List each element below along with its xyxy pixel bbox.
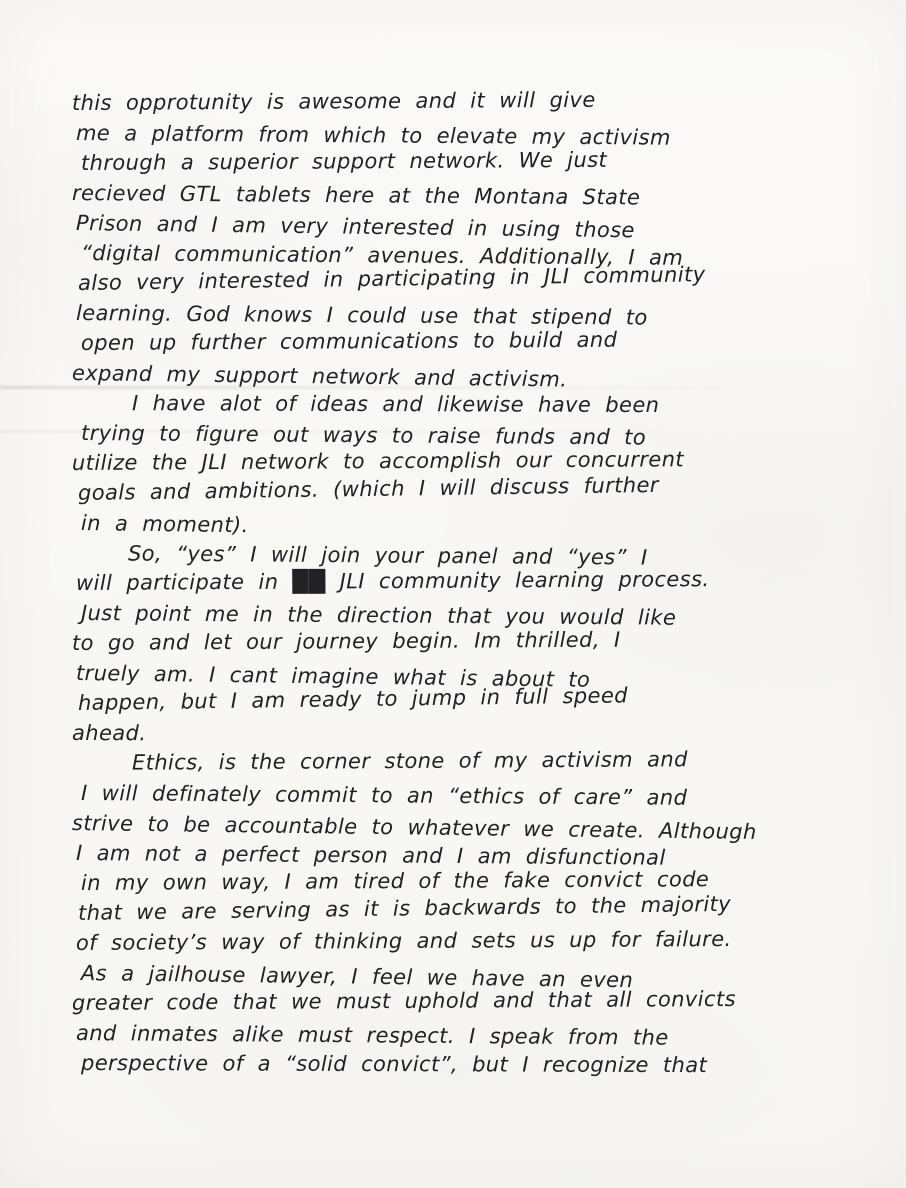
- handwritten-line: this opprotunity is awesome and it will …: [72, 83, 866, 118]
- handwriting-block: this opprotunity is awesome and it will …: [76, 88, 866, 1078]
- handwritten-line: to go and let our journey begin. Im thri…: [72, 623, 866, 658]
- handwritten-line: of society’s way of thinking and sets us…: [76, 923, 866, 958]
- handwritten-line: open up further communications to build …: [81, 323, 866, 358]
- scanned-letter-page: this opprotunity is awesome and it will …: [0, 0, 906, 1188]
- handwritten-line: I have alot of ideas and likewise have b…: [76, 388, 866, 421]
- handwritten-line: Ethics, is the corner stone of my activi…: [76, 743, 866, 778]
- handwritten-line: greater code that we must uphold and tha…: [72, 983, 866, 1018]
- handwritten-line: perspective of a “solid convict”, but I …: [81, 1048, 866, 1081]
- handwritten-line: will participate in ██ JLI community lea…: [76, 563, 866, 598]
- handwritten-line: through a superior support network. We j…: [81, 143, 866, 178]
